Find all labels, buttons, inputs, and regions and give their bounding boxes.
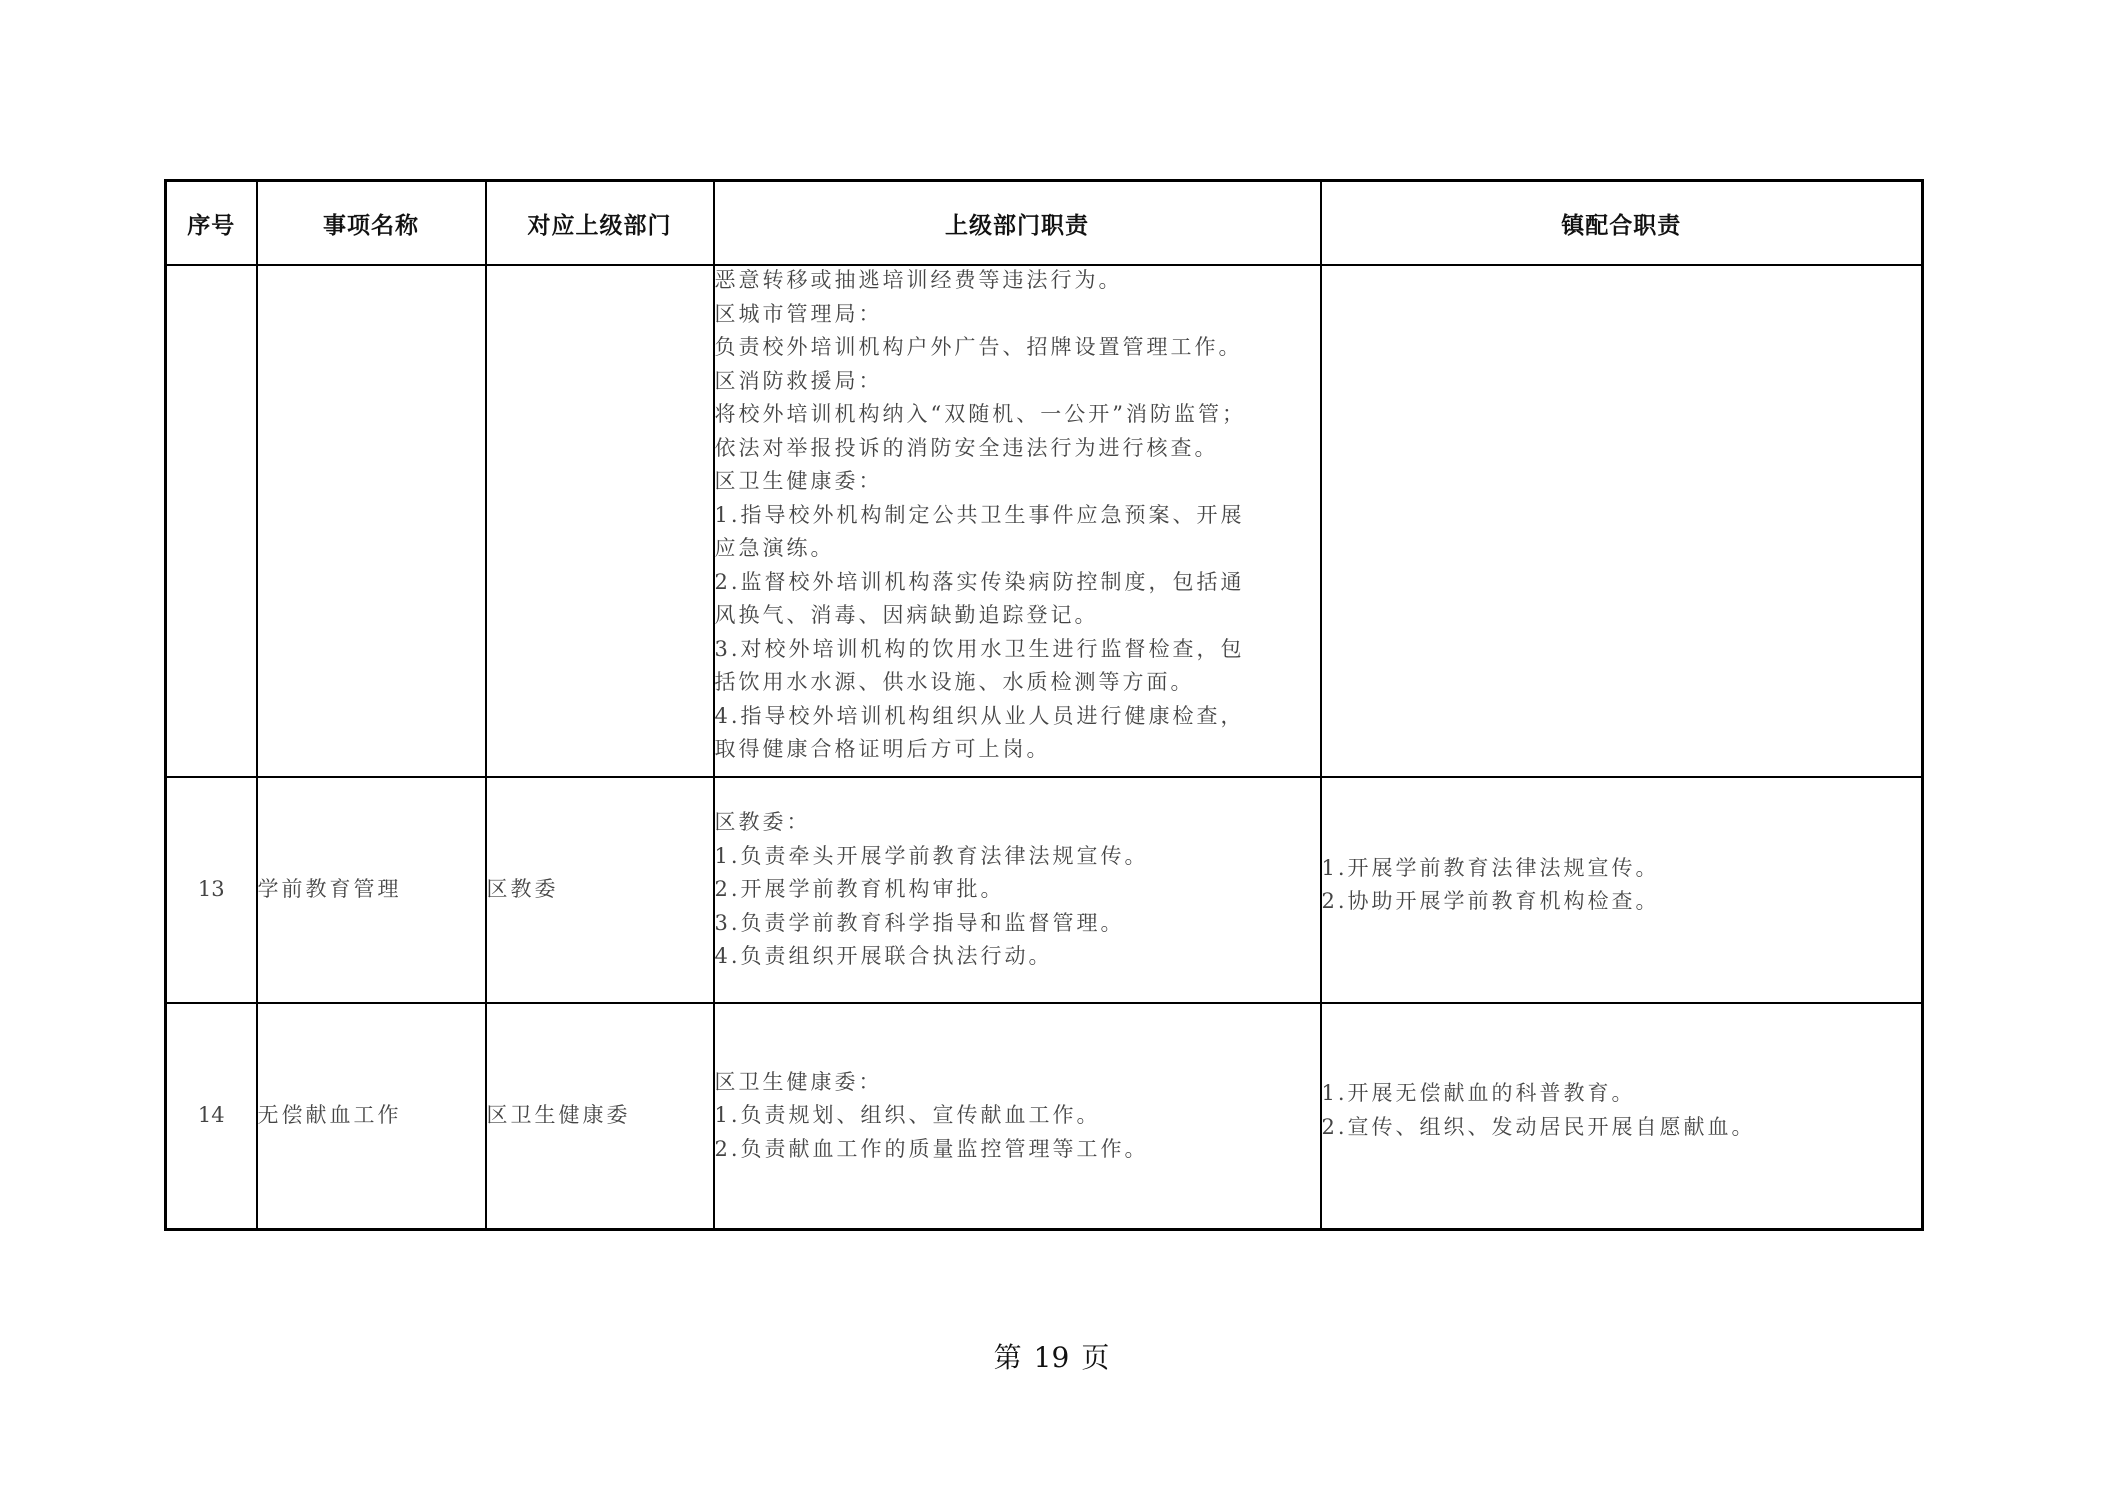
duty-line: 取得健康合格证明后方可上岗。: [715, 733, 1320, 767]
duty-line: 风换气、消毒、因病缺勤追踪登记。: [715, 599, 1320, 633]
town-duties-cell: [1321, 265, 1923, 777]
item-name-cell: 学前教育管理: [257, 777, 486, 1003]
duty-line: 区卫生健康委：: [715, 1066, 1320, 1100]
duty-line: 1.指导校外机构制定公共卫生事件应急预案、开展: [715, 499, 1320, 533]
duty-line: 区教委：: [715, 806, 1320, 840]
page-suffix: 页: [1081, 1341, 1109, 1374]
header-serial-no: 序号: [166, 181, 257, 266]
duty-line: 依法对举报投诉的消防安全违法行为进行核查。: [715, 432, 1320, 466]
serial-no-cell: 14: [166, 1003, 257, 1229]
duty-line: 区城市管理局：: [715, 298, 1320, 332]
town-duties-cell: 1.开展无偿献血的科普教育。 2.宣传、组织、发动居民开展自愿献血。: [1321, 1003, 1923, 1229]
item-name-cell: 无偿献血工作: [257, 1003, 486, 1229]
town-duty-line: 2.宣传、组织、发动居民开展自愿献血。: [1322, 1111, 1922, 1145]
header-upper-dept: 对应上级部门: [486, 181, 714, 266]
table-header-row: 序号 事项名称 对应上级部门 上级部门职责 镇配合职责: [166, 181, 1923, 266]
upper-dept-cell: 区卫生健康委: [486, 1003, 714, 1229]
serial-no-cell: [166, 265, 257, 777]
duty-line: 3.对校外培训机构的饮用水卫生进行监督检查，包: [715, 633, 1320, 667]
header-item-name: 事项名称: [257, 181, 486, 266]
duty-line: 2.监督校外培训机构落实传染病防控制度，包括通: [715, 566, 1320, 600]
duty-line: 1.负责牵头开展学前教育法律法规宣传。: [715, 840, 1320, 874]
table-row: 恶意转移或抽逃培训经费等违法行为。 区城市管理局： 负责校外培训机构户外广告、招…: [166, 265, 1923, 777]
duty-line: 2.开展学前教育机构审批。: [715, 873, 1320, 907]
table-row: 13 学前教育管理 区教委 区教委： 1.负责牵头开展学前教育法律法规宣传。 2…: [166, 777, 1923, 1003]
page-prefix: 第: [994, 1341, 1022, 1374]
duty-line: 恶意转移或抽逃培训经费等违法行为。: [715, 264, 1320, 298]
duty-table: 序号 事项名称 对应上级部门 上级部门职责 镇配合职责 恶意转移或抽逃培训经费等…: [164, 179, 1924, 1231]
duty-line: 3.负责学前教育科学指导和监督管理。: [715, 907, 1320, 941]
duty-line: 括饮用水水源、供水设施、水质检测等方面。: [715, 666, 1320, 700]
duty-line: 区卫生健康委：: [715, 465, 1320, 499]
town-duty-line: 1.开展无偿献血的科普教育。: [1322, 1077, 1922, 1111]
table-row: 14 无偿献血工作 区卫生健康委 区卫生健康委： 1.负责规划、组织、宣传献血工…: [166, 1003, 1923, 1229]
town-duty-line: 2.协助开展学前教育机构检查。: [1322, 885, 1922, 919]
page-number: 19: [1034, 1341, 1070, 1374]
upper-duties-cell: 恶意转移或抽逃培训经费等违法行为。 区城市管理局： 负责校外培训机构户外广告、招…: [714, 265, 1321, 777]
header-town-duties: 镇配合职责: [1321, 181, 1923, 266]
header-upper-duties: 上级部门职责: [714, 181, 1321, 266]
duty-line: 将校外培训机构纳入“双随机、一公开”消防监管；: [715, 398, 1320, 432]
town-duties-cell: 1.开展学前教育法律法规宣传。 2.协助开展学前教育机构检查。: [1321, 777, 1923, 1003]
document-page: 序号 事项名称 对应上级部门 上级部门职责 镇配合职责 恶意转移或抽逃培训经费等…: [0, 0, 2103, 1486]
duty-line: 4.负责组织开展联合执法行动。: [715, 940, 1320, 974]
upper-dept-cell: 区教委: [486, 777, 714, 1003]
upper-duties-cell: 区卫生健康委： 1.负责规划、组织、宣传献血工作。 2.负责献血工作的质量监控管…: [714, 1003, 1321, 1229]
item-name-cell: [257, 265, 486, 777]
serial-no-cell: 13: [166, 777, 257, 1003]
duty-line: 1.负责规划、组织、宣传献血工作。: [715, 1099, 1320, 1133]
upper-dept-cell: [486, 265, 714, 777]
duty-line: 应急演练。: [715, 532, 1320, 566]
town-duty-line: 1.开展学前教育法律法规宣传。: [1322, 852, 1922, 886]
duty-line: 2.负责献血工作的质量监控管理等工作。: [715, 1133, 1320, 1167]
upper-duties-cell: 区教委： 1.负责牵头开展学前教育法律法规宣传。 2.开展学前教育机构审批。 3…: [714, 777, 1321, 1003]
duty-line: 区消防救援局：: [715, 365, 1320, 399]
duty-line: 负责校外培训机构户外广告、招牌设置管理工作。: [715, 331, 1320, 365]
duty-line: 4.指导校外培训机构组织从业人员进行健康检查，: [715, 700, 1320, 734]
page-number-footer: 第19页: [0, 1336, 2103, 1376]
